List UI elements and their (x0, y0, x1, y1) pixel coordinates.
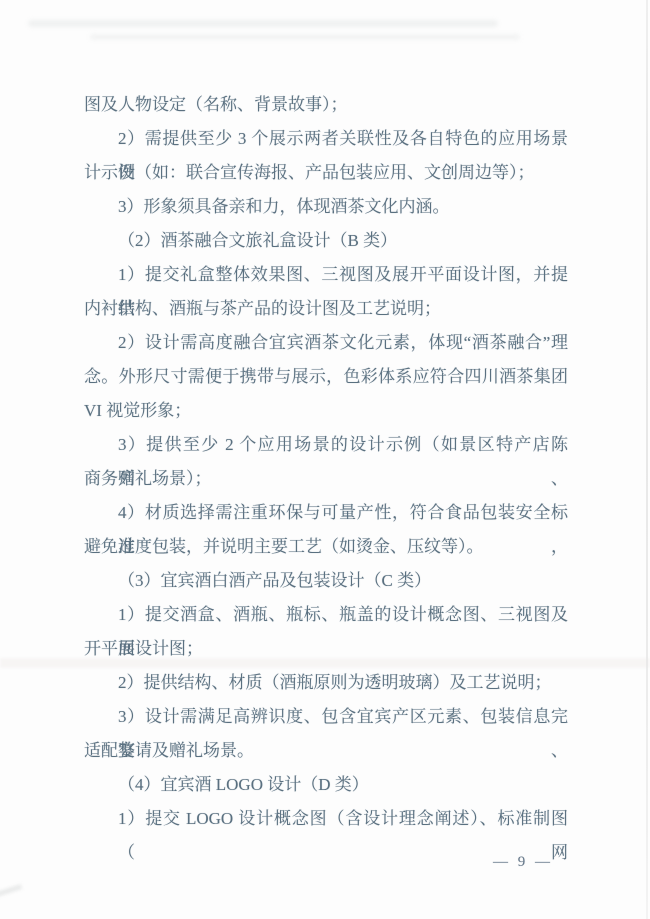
text-line: 2）设计需高度融合宜宾酒茶文化元素，体现“酒茶融合”理 (84, 326, 568, 360)
text-line: 1）提交酒盒、酒瓶、瓶标、瓶盖的设计概念图、三视图及展 (84, 598, 568, 632)
text-line: 3）设计需满足高辨识度、包含宜宾产区元素、包装信息完整、 (84, 700, 568, 734)
section-heading: （2）酒茶融合文旅礼盒设计（B 类） (84, 224, 568, 258)
section-heading: （4）宜宾酒 LOGO 设计（D 类） (84, 768, 568, 802)
scan-artifact-top (28, 20, 498, 27)
text-line: 1）提交 LOGO 设计概念图（含设计理念阐述）、标准制图（网 (84, 802, 568, 836)
page-number: — 9 — (468, 854, 578, 871)
document-page: 图及人物设定（名称、背景故事）； 2）需提供至少 3 个展示两者关联性及各自特色… (0, 0, 650, 919)
text-line: 4）材质选择需注重环保与可量产性，符合食品包装安全标准， (84, 496, 568, 530)
text-line: 内衬结构、酒瓶与茶产品的设计图及工艺说明； (84, 292, 568, 326)
text-line: 2）提供结构、材质（酒瓶原则为透明玻璃）及工艺说明； (84, 666, 568, 700)
text-line: 计示例（如：联合宣传海报、产品包装应用、文创周边等）； (84, 156, 568, 190)
scan-artifact-corner (0, 884, 22, 897)
text-line: 2）需提供至少 3 个展示两者关联性及各自特色的应用场景设 (84, 122, 568, 156)
text-line: 念。外形尺寸需便于携带与展示，色彩体系应符合四川酒茶集团 (84, 360, 568, 394)
body-text: 图及人物设定（名称、背景故事）； 2）需提供至少 3 个展示两者关联性及各自特色… (84, 88, 568, 836)
text-line: 开平面设计图； (84, 632, 568, 666)
text-line: 3）形象须具备亲和力，体现酒茶文化内涵。 (84, 190, 568, 224)
scan-artifact-top (90, 34, 520, 40)
text-line: 图及人物设定（名称、背景故事）； (84, 88, 568, 122)
text-line: 3）提供至少 2 个应用场景的设计示例（如景区特产店陈列、 (84, 428, 568, 462)
scan-edge (646, 0, 648, 919)
section-heading: （3）宜宾酒白酒产品及包装设计（C 类） (84, 564, 568, 598)
text-line: 1）提交礼盒整体效果图、三视图及展开平面设计图，并提供 (84, 258, 568, 292)
text-line: VI 视觉形象； (84, 394, 568, 428)
